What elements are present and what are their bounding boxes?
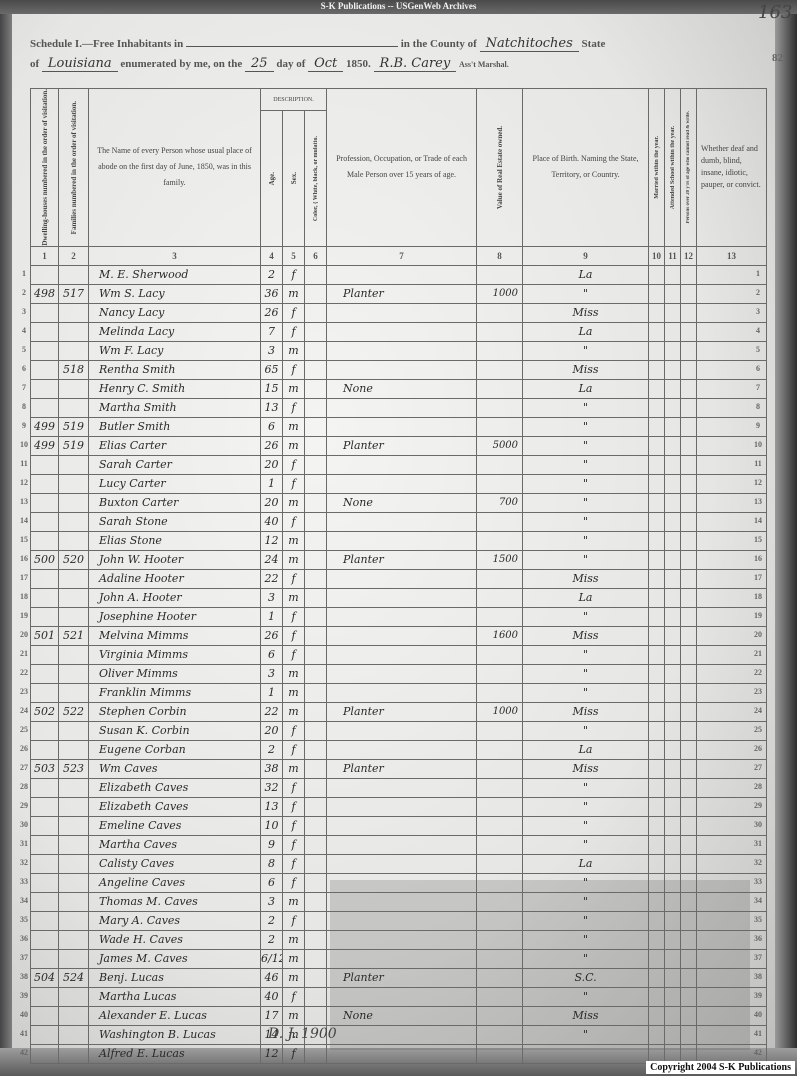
married	[649, 531, 665, 550]
real-estate-value	[477, 816, 523, 835]
dwelling-number	[31, 1044, 59, 1063]
header-color: Color, { White, black, or mulatto.	[305, 111, 327, 247]
occupation: Planter	[327, 284, 477, 303]
table-row: Buxton Carter20mNone700"	[31, 493, 767, 512]
line-number: 5	[16, 345, 32, 354]
occupation	[327, 341, 477, 360]
dwelling-number: 500	[31, 550, 59, 569]
dwelling-number: 498	[31, 284, 59, 303]
color	[305, 417, 327, 436]
person-name: Elias Carter	[89, 436, 261, 455]
sex: f	[283, 816, 305, 835]
age: 26	[261, 626, 283, 645]
illiterate	[681, 873, 697, 892]
occupation	[327, 797, 477, 816]
family-number	[59, 1044, 89, 1063]
real-estate-value	[477, 455, 523, 474]
age: 36	[261, 284, 283, 303]
real-estate-value	[477, 911, 523, 930]
school	[665, 265, 681, 284]
family-number	[59, 645, 89, 664]
dwelling-number: 502	[31, 702, 59, 721]
line-number: 31	[16, 839, 32, 848]
illiterate	[681, 284, 697, 303]
sex: m	[283, 1006, 305, 1025]
county-label: in the County of	[401, 38, 477, 50]
age: 6	[261, 645, 283, 664]
line-number: 15	[16, 535, 32, 544]
column-number: 12	[681, 246, 697, 265]
married	[649, 683, 665, 702]
school	[665, 949, 681, 968]
age: 22	[261, 702, 283, 721]
dwelling-number	[31, 873, 59, 892]
illiterate	[681, 702, 697, 721]
birthplace: Miss	[523, 303, 649, 322]
year-label: 1850.	[346, 58, 371, 70]
marshal-field: R.B. Carey	[374, 56, 457, 72]
line-number: 16	[16, 554, 32, 563]
real-estate-value: 1500	[477, 550, 523, 569]
dwelling-number	[31, 911, 59, 930]
dwelling-number	[31, 512, 59, 531]
line-number: 20	[750, 630, 766, 639]
line-number: 14	[750, 516, 766, 525]
family-number	[59, 341, 89, 360]
birthplace: La	[523, 322, 649, 341]
dwelling-number	[31, 607, 59, 626]
occupation	[327, 721, 477, 740]
real-estate-value	[477, 987, 523, 1006]
line-number: 21	[750, 649, 766, 658]
dwelling-number	[31, 360, 59, 379]
birthplace: "	[523, 835, 649, 854]
line-number: 18	[750, 592, 766, 601]
occupation	[327, 816, 477, 835]
color	[305, 949, 327, 968]
sex: m	[283, 968, 305, 987]
dwelling-number: 499	[31, 417, 59, 436]
dwelling-number	[31, 721, 59, 740]
occupation	[327, 778, 477, 797]
family-number	[59, 740, 89, 759]
line-number: 16	[750, 554, 766, 563]
birthplace: S.C.	[523, 968, 649, 987]
illiterate	[681, 474, 697, 493]
occupation: Planter	[327, 968, 477, 987]
header-age: Age.	[261, 111, 283, 247]
illiterate	[681, 379, 697, 398]
dwelling-number	[31, 930, 59, 949]
family-number: 521	[59, 626, 89, 645]
birthplace: "	[523, 341, 649, 360]
sex: f	[283, 398, 305, 417]
line-number: 38	[16, 972, 32, 981]
scan-right-edge	[775, 14, 797, 1076]
dwelling-number	[31, 664, 59, 683]
person-name: Adaline Hooter	[89, 569, 261, 588]
real-estate-value	[477, 512, 523, 531]
family-number	[59, 607, 89, 626]
color	[305, 455, 327, 474]
family-number	[59, 892, 89, 911]
birthplace: "	[523, 778, 649, 797]
table-row: Angeline Caves6f"	[31, 873, 767, 892]
dwelling-number	[31, 987, 59, 1006]
color	[305, 816, 327, 835]
illiterate	[681, 645, 697, 664]
married	[649, 968, 665, 987]
line-number: 28	[16, 782, 32, 791]
married	[649, 1006, 665, 1025]
age: 20	[261, 455, 283, 474]
line-number: 40	[16, 1010, 32, 1019]
occupation	[327, 531, 477, 550]
dwelling-number: 501	[31, 626, 59, 645]
header-condition: Whether deaf and dumb, blind, insane, id…	[697, 89, 767, 247]
person-name: Buxton Carter	[89, 493, 261, 512]
line-number: 23	[16, 687, 32, 696]
illiterate	[681, 797, 697, 816]
line-number: 5	[750, 345, 766, 354]
family-number	[59, 379, 89, 398]
birthplace: "	[523, 892, 649, 911]
dwelling-number	[31, 949, 59, 968]
sex: m	[283, 550, 305, 569]
married	[649, 892, 665, 911]
family-number	[59, 398, 89, 417]
married	[649, 930, 665, 949]
table-row: Elizabeth Caves32f"	[31, 778, 767, 797]
table-row: Emeline Caves10f"	[31, 816, 767, 835]
family-number	[59, 664, 89, 683]
school	[665, 322, 681, 341]
married	[649, 360, 665, 379]
family-number	[59, 797, 89, 816]
married	[649, 455, 665, 474]
person-name: Susan K. Corbin	[89, 721, 261, 740]
age: 2	[261, 740, 283, 759]
table-row: Franklin Mimms1m"	[31, 683, 767, 702]
married	[649, 702, 665, 721]
birthplace: "	[523, 607, 649, 626]
line-number: 33	[16, 877, 32, 886]
sex: m	[283, 702, 305, 721]
birthplace: "	[523, 949, 649, 968]
sex: f	[283, 797, 305, 816]
table-row: 500520John W. Hooter24mPlanter1500"	[31, 550, 767, 569]
line-number: 41	[16, 1029, 32, 1038]
family-number	[59, 455, 89, 474]
table-row: Elias Stone12m"	[31, 531, 767, 550]
family-number: 523	[59, 759, 89, 778]
school	[665, 398, 681, 417]
age: 2	[261, 265, 283, 284]
school	[665, 512, 681, 531]
dwelling-number	[31, 398, 59, 417]
married	[649, 265, 665, 284]
illiterate	[681, 930, 697, 949]
header-real-estate: Value of Real Estate owned.	[477, 89, 523, 247]
line-number: 11	[16, 459, 32, 468]
page-number: 163	[758, 2, 792, 23]
birthplace: La	[523, 588, 649, 607]
person-name: Rentha Smith	[89, 360, 261, 379]
illiterate	[681, 968, 697, 987]
line-number: 34	[750, 896, 766, 905]
school	[665, 341, 681, 360]
dwelling-number	[31, 892, 59, 911]
line-number: 40	[750, 1010, 766, 1019]
person-name: John W. Hooter	[89, 550, 261, 569]
column-number: 8	[477, 246, 523, 265]
birthplace: Miss	[523, 569, 649, 588]
sex: f	[283, 455, 305, 474]
age: 3	[261, 341, 283, 360]
sex: f	[283, 360, 305, 379]
school	[665, 379, 681, 398]
birthplace: "	[523, 398, 649, 417]
table-row: 504524Benj. Lucas46mPlanterS.C.	[31, 968, 767, 987]
age: 1	[261, 683, 283, 702]
sex: f	[283, 303, 305, 322]
real-estate-value: 1000	[477, 702, 523, 721]
color	[305, 531, 327, 550]
person-name: Virginia Mimms	[89, 645, 261, 664]
person-name: Franklin Mimms	[89, 683, 261, 702]
table-row: Oliver Mimms3m"	[31, 664, 767, 683]
column-number: 10	[649, 246, 665, 265]
school	[665, 474, 681, 493]
birthplace: "	[523, 816, 649, 835]
column-number: 1	[31, 246, 59, 265]
sex: f	[283, 265, 305, 284]
real-estate-value	[477, 740, 523, 759]
header-dwelling: Dwelling-houses numbered in the order of…	[31, 89, 59, 247]
dwelling-number	[31, 778, 59, 797]
illiterate	[681, 721, 697, 740]
illiterate	[681, 835, 697, 854]
school	[665, 531, 681, 550]
married	[649, 664, 665, 683]
married	[649, 854, 665, 873]
color	[305, 379, 327, 398]
line-number: 27	[750, 763, 766, 772]
dwelling-number	[31, 569, 59, 588]
table-row: Melinda Lacy7fLa	[31, 322, 767, 341]
line-number: 36	[750, 934, 766, 943]
dwelling-number	[31, 588, 59, 607]
table-row: 503523Wm Caves38mPlanterMiss	[31, 759, 767, 778]
illiterate	[681, 778, 697, 797]
school	[665, 759, 681, 778]
line-number: 25	[750, 725, 766, 734]
dwelling-number	[31, 303, 59, 322]
header-birthplace: Place of Birth. Naming the State, Territ…	[523, 89, 649, 247]
family-number	[59, 531, 89, 550]
family-number	[59, 987, 89, 1006]
family-number	[59, 835, 89, 854]
census-table: Dwelling-houses numbered in the order of…	[30, 88, 767, 1064]
line-number: 11	[750, 459, 766, 468]
occupation	[327, 417, 477, 436]
family-number	[59, 683, 89, 702]
signature: D. J. 1900	[268, 1026, 337, 1042]
color	[305, 1006, 327, 1025]
line-number: 6	[750, 364, 766, 373]
illiterate	[681, 531, 697, 550]
color	[305, 341, 327, 360]
color	[305, 303, 327, 322]
married	[649, 493, 665, 512]
column-number: 11	[665, 246, 681, 265]
family-number	[59, 721, 89, 740]
school	[665, 721, 681, 740]
illiterate	[681, 607, 697, 626]
real-estate-value	[477, 930, 523, 949]
married	[649, 417, 665, 436]
family-number	[59, 303, 89, 322]
dwelling-number	[31, 683, 59, 702]
real-estate-value	[477, 303, 523, 322]
person-name: Martha Caves	[89, 835, 261, 854]
month-field: Oct	[308, 56, 343, 72]
birthplace: "	[523, 683, 649, 702]
line-number: 24	[750, 706, 766, 715]
school	[665, 284, 681, 303]
table-row: 501521Melvina Mimms26f1600Miss	[31, 626, 767, 645]
birthplace: Miss	[523, 702, 649, 721]
age: 38	[261, 759, 283, 778]
person-name: Martha Smith	[89, 398, 261, 417]
census-rows: M. E. Sherwood2fLa498517Wm S. Lacy36mPla…	[31, 265, 767, 1063]
family-number	[59, 911, 89, 930]
color	[305, 702, 327, 721]
age: 3	[261, 892, 283, 911]
sex: m	[283, 892, 305, 911]
line-number: 42	[750, 1048, 766, 1057]
sex: f	[283, 987, 305, 1006]
married	[649, 987, 665, 1006]
family-number: 519	[59, 436, 89, 455]
school	[665, 835, 681, 854]
line-number: 30	[750, 820, 766, 829]
illiterate	[681, 455, 697, 474]
dwelling-number	[31, 531, 59, 550]
sex: f	[283, 911, 305, 930]
occupation: None	[327, 379, 477, 398]
illiterate	[681, 683, 697, 702]
illiterate	[681, 493, 697, 512]
school	[665, 607, 681, 626]
occupation	[327, 588, 477, 607]
occupation	[327, 892, 477, 911]
person-name: Oliver Mimms	[89, 664, 261, 683]
birthplace: "	[523, 930, 649, 949]
family-number: 520	[59, 550, 89, 569]
table-row: 502522Stephen Corbin22mPlanter1000Miss	[31, 702, 767, 721]
sex: f	[283, 835, 305, 854]
birthplace: "	[523, 493, 649, 512]
family-number: 519	[59, 417, 89, 436]
line-number: 28	[750, 782, 766, 791]
sex: m	[283, 664, 305, 683]
table-row: Virginia Mimms6f"	[31, 645, 767, 664]
person-name: Washington B. Lucas	[89, 1025, 261, 1044]
illiterate	[681, 816, 697, 835]
person-name: Emeline Caves	[89, 816, 261, 835]
line-number: 8	[750, 402, 766, 411]
sex: m	[283, 930, 305, 949]
age: 3	[261, 664, 283, 683]
column-number: 5	[283, 246, 305, 265]
line-number: 37	[16, 953, 32, 962]
line-number: 38	[750, 972, 766, 981]
birthplace: La	[523, 740, 649, 759]
person-name: Mary A. Caves	[89, 911, 261, 930]
age: 20	[261, 721, 283, 740]
family-number	[59, 265, 89, 284]
real-estate-value	[477, 1025, 523, 1044]
person-name: Henry C. Smith	[89, 379, 261, 398]
occupation	[327, 930, 477, 949]
line-number: 41	[750, 1029, 766, 1038]
school	[665, 911, 681, 930]
header-illiterate: Persons over 20 y'rs of age who cannot r…	[681, 89, 697, 247]
married	[649, 474, 665, 493]
table-row: John A. Hooter3mLa	[31, 588, 767, 607]
real-estate-value	[477, 379, 523, 398]
real-estate-value	[477, 588, 523, 607]
dwelling-number	[31, 1025, 59, 1044]
birthplace: "	[523, 455, 649, 474]
school	[665, 569, 681, 588]
occupation	[327, 474, 477, 493]
line-number: 10	[16, 440, 32, 449]
column-number: 4	[261, 246, 283, 265]
married	[649, 740, 665, 759]
married	[649, 778, 665, 797]
family-number	[59, 1025, 89, 1044]
sex: f	[283, 512, 305, 531]
column-number-row: 12345678910111213	[31, 246, 767, 265]
sex: f	[283, 778, 305, 797]
table-row: 498517Wm S. Lacy36mPlanter1000"	[31, 284, 767, 303]
archive-banner: S-K Publications -- USGenWeb Archives	[0, 0, 797, 14]
occupation	[327, 835, 477, 854]
married	[649, 721, 665, 740]
real-estate-value: 5000	[477, 436, 523, 455]
county-field: Natchitoches	[480, 36, 579, 52]
sex: f	[283, 474, 305, 493]
table-row: Thomas M. Caves3m"	[31, 892, 767, 911]
of-label: of	[30, 58, 39, 70]
illiterate	[681, 740, 697, 759]
age: 65	[261, 360, 283, 379]
school	[665, 303, 681, 322]
age: 32	[261, 778, 283, 797]
line-number: 10	[750, 440, 766, 449]
occupation	[327, 645, 477, 664]
color	[305, 626, 327, 645]
dwelling-number	[31, 322, 59, 341]
occupation	[327, 873, 477, 892]
real-estate-value	[477, 778, 523, 797]
line-number: 26	[750, 744, 766, 753]
birthplace: "	[523, 550, 649, 569]
illiterate	[681, 436, 697, 455]
married	[649, 645, 665, 664]
